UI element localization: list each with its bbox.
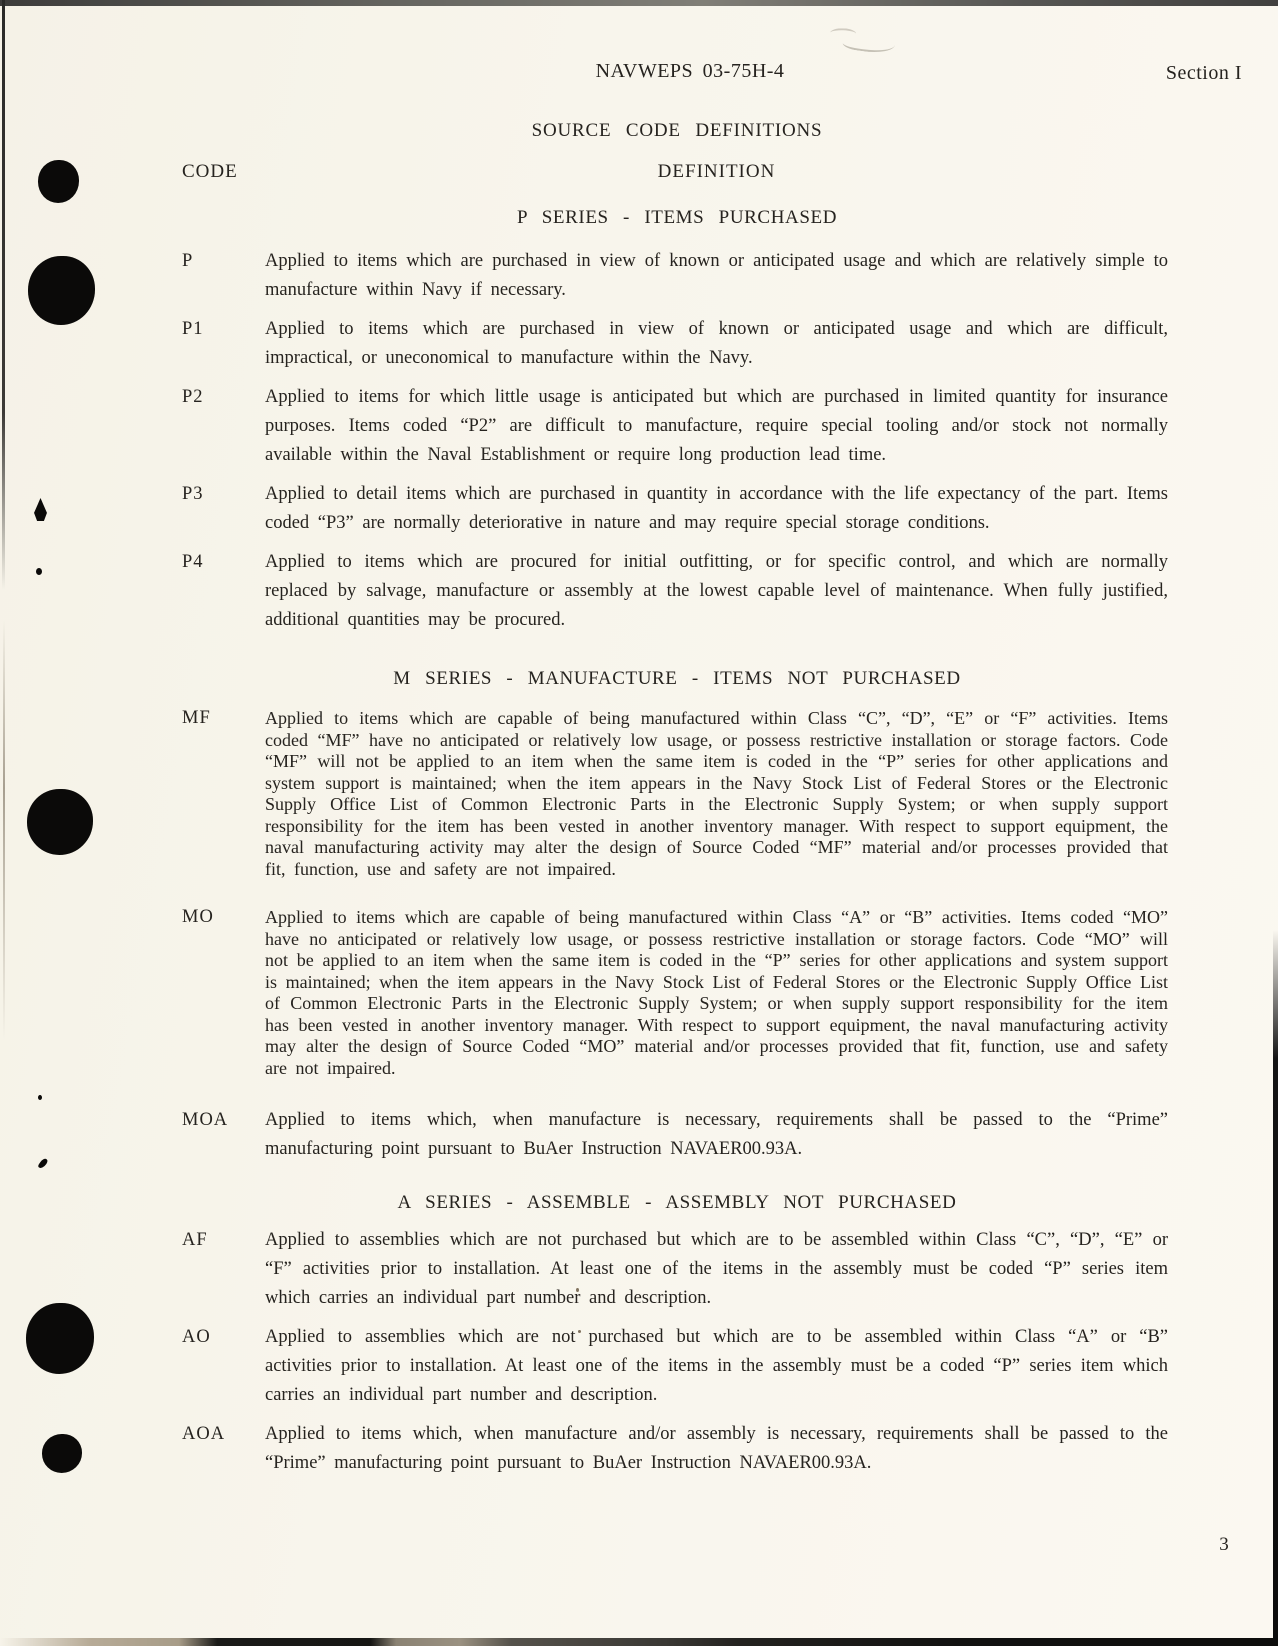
series-section: P SERIES - ITEMS PURCHASEDPApplied to it…	[182, 203, 1172, 635]
scan-edge-right	[1273, 930, 1278, 1646]
code-label: AF	[182, 1226, 265, 1313]
ink-blot	[27, 789, 93, 855]
code-entry: P3Applied to detail items which are purc…	[182, 480, 1172, 538]
page-header: NAVWEPS 03-75H-4 Section I	[0, 60, 1278, 90]
ink-blot	[38, 1095, 42, 1100]
document-number: NAVWEPS 03-75H-4	[100, 60, 1278, 83]
column-header-code: CODE	[182, 161, 238, 183]
ink-blot	[26, 1303, 94, 1374]
code-label: MOA	[182, 1106, 265, 1164]
code-label: P2	[182, 383, 265, 470]
code-label: P4	[182, 548, 265, 635]
code-entry: AOAApplied to items which, when manufact…	[182, 1420, 1172, 1478]
section-heading: A SERIES - ASSEMBLE - ASSEMBLY NOT PURCH…	[182, 1188, 1172, 1217]
pencil-smudge	[842, 30, 896, 55]
code-entry: PApplied to items which are purchased in…	[182, 247, 1172, 305]
section-heading: P SERIES - ITEMS PURCHASED	[182, 203, 1172, 232]
code-entry: MFApplied to items which are capable of …	[182, 708, 1172, 880]
code-definition: Applied to items which, when manufacture…	[265, 1420, 1168, 1478]
column-header-definition: DEFINITION	[265, 161, 1168, 183]
section-label: Section I	[1166, 62, 1242, 85]
code-entry: MOAApplied to items which, when manufact…	[182, 1106, 1172, 1164]
ink-blot	[36, 568, 42, 575]
code-definition: Applied to items which are procured for …	[265, 548, 1168, 635]
scanned-document-page: NAVWEPS 03-75H-4 Section I SOURCE CODE D…	[0, 0, 1278, 1646]
page-title: SOURCE CODE DEFINITIONS	[182, 120, 1172, 142]
section-heading: M SERIES - MANUFACTURE - ITEMS NOT PURCH…	[182, 664, 1172, 693]
code-entry: P1Applied to items which are purchased i…	[182, 315, 1172, 373]
code-entry: AOApplied to assemblies which are not pu…	[182, 1323, 1172, 1410]
code-label: AO	[182, 1323, 265, 1410]
code-entry: P4Applied to items which are procured fo…	[182, 548, 1172, 635]
series-section: A SERIES - ASSEMBLE - ASSEMBLY NOT PURCH…	[182, 1188, 1172, 1478]
code-label: P3	[182, 480, 265, 538]
code-definition: Applied to assemblies which are not purc…	[265, 1226, 1168, 1313]
code-entry: P2Applied to items for which little usag…	[182, 383, 1172, 470]
code-definition: Applied to assemblies which are not purc…	[265, 1323, 1168, 1410]
code-definition: Applied to detail items which are purcha…	[265, 480, 1168, 538]
ink-blot	[32, 498, 49, 522]
series-section: M SERIES - MANUFACTURE - ITEMS NOT PURCH…	[182, 664, 1172, 1164]
code-label: MO	[182, 907, 265, 1079]
ink-blot	[28, 256, 95, 325]
code-label: MF	[182, 708, 265, 880]
code-entry: AFApplied to assemblies which are not pu…	[182, 1226, 1172, 1313]
code-definition: Applied to items for which little usage …	[265, 383, 1168, 470]
scan-edge-bottom	[0, 1638, 1278, 1646]
ink-blot	[38, 160, 79, 203]
page-number: 3	[1204, 1534, 1244, 1556]
code-entry: MOApplied to items which are capable of …	[182, 907, 1172, 1079]
ink-blot	[42, 1434, 82, 1473]
code-definition: Applied to items which are purchased in …	[265, 247, 1168, 305]
code-label: P1	[182, 315, 265, 373]
code-label: AOA	[182, 1420, 265, 1478]
scan-edge-left-faint	[3, 620, 5, 1040]
definitions-body: P SERIES - ITEMS PURCHASEDPApplied to it…	[182, 203, 1172, 1488]
ink-blot	[37, 1157, 48, 1169]
scan-edge-top	[0, 0, 1278, 6]
code-definition: Applied to items which, when manufacture…	[265, 1106, 1168, 1164]
code-definition: Applied to items which are capable of be…	[265, 907, 1168, 1079]
code-definition: Applied to items which are capable of be…	[265, 708, 1168, 880]
code-label: P	[182, 247, 265, 305]
code-definition: Applied to items which are purchased in …	[265, 315, 1168, 373]
